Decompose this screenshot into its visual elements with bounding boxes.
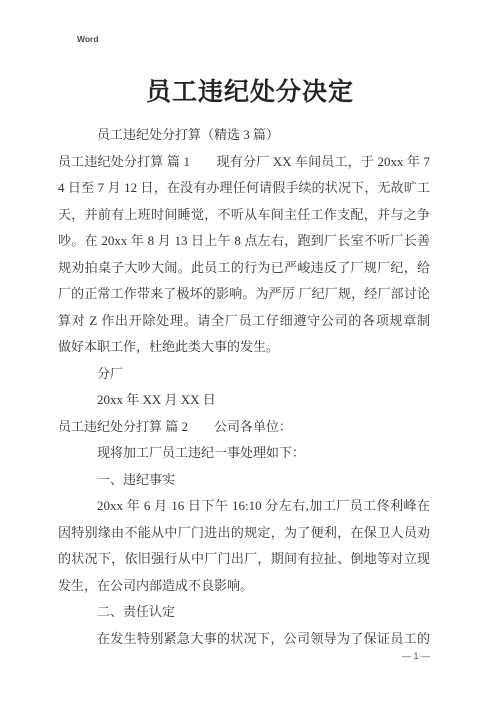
document-title: 员工违纪处分决定	[0, 72, 500, 108]
text-line: 做好本职工作，杜绝此类大事的发生。	[58, 334, 430, 361]
text-line: 规劝拍桌子大吵大闹。此员工的行为已严峻违反了厂规厂纪，给工	[58, 255, 430, 282]
document-body: 员工违纪处分打算（精选 3 篇）员工违纪处分打算 篇 1 现有分厂 XX 车间员…	[58, 122, 430, 652]
text-line: 员工违纪处分打算 篇 2 公司各单位：	[58, 414, 430, 441]
text-line: 20xx 年 6 月 16 日下午 16:10 分左右,加工厂员工佟利峰在已知	[58, 493, 430, 520]
page-number: — 1 —	[58, 651, 430, 661]
text-line: 二、责任认定	[58, 599, 430, 626]
text-line: 现将加工厂员工违纪一事处理如下：	[58, 440, 430, 467]
text-line: 一、违纪事实	[58, 467, 430, 494]
word-app-label: Word	[77, 34, 99, 44]
text-line: 4 日至 7 月 12 日，在没有办理任何请假手续的状况下，无故旷工 8	[58, 175, 430, 202]
text-line: 发生，在公司内部造成不良影响。	[58, 573, 430, 600]
text-line: 分厂	[58, 361, 430, 388]
text-line: 员工违纪处分打算（精选 3 篇）	[58, 122, 430, 149]
text-line: 因特别缘由不能从中厂门进出的规定，为了便利，在保卫人员劝阻	[58, 520, 430, 547]
text-line: 厂的正常工作带来了极坏的影响。为严厉 厂纪厂规，经厂部讨论打	[58, 281, 430, 308]
text-line: 吵。在 20xx 年 8 月 13 日上午 8 点左右，跑到厂长室不听厂长善意	[58, 228, 430, 255]
text-line: 20xx 年 XX 月 XX 日	[58, 387, 430, 414]
text-line: 员工违纪处分打算 篇 1 现有分厂 XX 车间员工，于 20xx 年 7 月	[58, 149, 430, 176]
text-line: 天，并前有上班时间睡觉，不听从车间主任工作支配，并与之争	[58, 202, 430, 229]
text-line: 在发生特别紧急大事的状况下，公司领导为了保证员工的平	[58, 626, 430, 653]
text-line: 算对 Z 作出开除处理。请全厂员工仔细遵守公司的各项规章制度，	[58, 308, 430, 335]
text-line: 的状况下，依旧强行从中厂门出厂，期间有拉扯、倒地等对立现象	[58, 546, 430, 573]
document-page: Word 员工违纪处分决定 员工违纪处分打算（精选 3 篇）员工违纪处分打算 篇…	[0, 0, 500, 707]
